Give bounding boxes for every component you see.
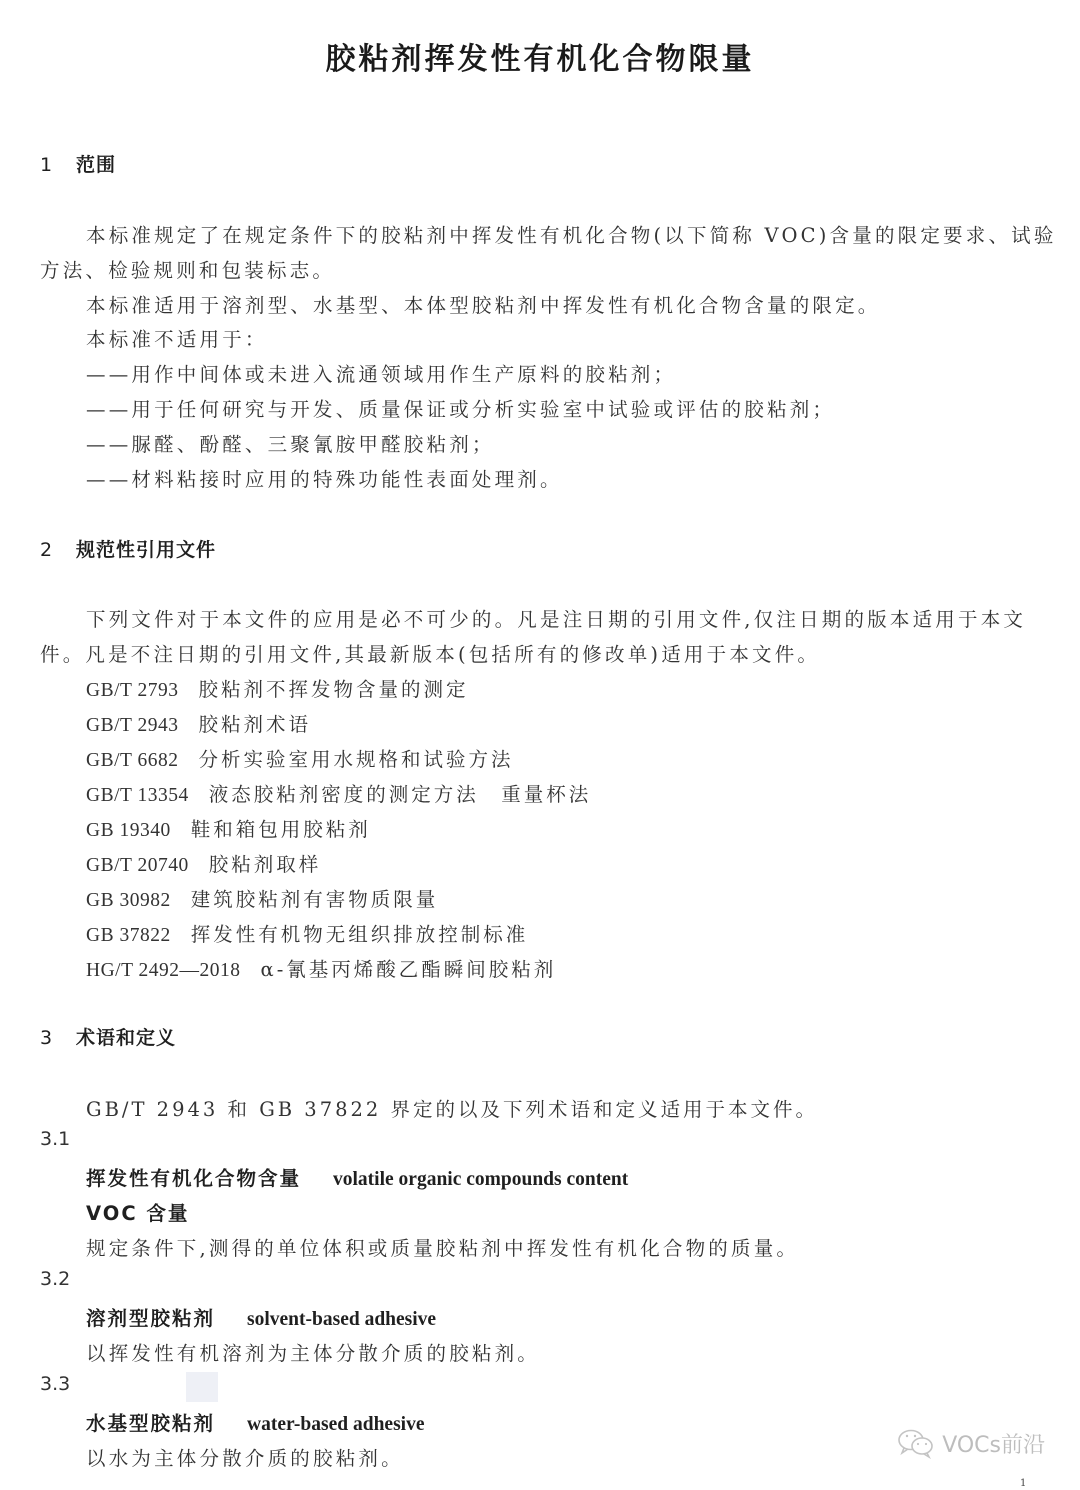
term-zh: 挥发性有机化合物含量 — [86, 1167, 301, 1190]
document-title: 胶粘剂挥发性有机化合物限量 — [0, 34, 1080, 78]
exclusion-item: ——用于任何研究与开发、质量保证或分析实验室中试验或评估的胶粘剂； — [86, 394, 835, 422]
term-heading: 水基型胶粘剂water-based adhesive — [86, 1408, 425, 1436]
term-zh: 溶剂型胶粘剂 — [86, 1307, 215, 1330]
paragraph: GB/T 2943 和 GB 37822 界定的以及下列术语和定义适用于本文件。 — [86, 1094, 818, 1122]
reference-code: GB/T 2943 — [86, 715, 178, 736]
reference-title: 鞋和箱包用胶粘剂 — [191, 818, 371, 841]
reference-title: 胶粘剂术语 — [198, 713, 311, 736]
page-number: 1 — [1020, 1478, 1026, 1489]
reference-title: α-氰基丙烯酸乙酯瞬间胶粘剂 — [261, 958, 557, 981]
term-definition: 以挥发性有机溶剂为主体分散介质的胶粘剂。 — [86, 1338, 540, 1366]
reference-code: GB 30982 — [86, 890, 171, 911]
reference-title: 胶粘剂不挥发物含量的测定 — [198, 678, 468, 701]
reference-title: 胶粘剂取样 — [209, 853, 322, 876]
term-alt: VOC 含量 — [86, 1198, 189, 1226]
term-en: volatile organic compounds content — [333, 1169, 628, 1190]
term-zh: 水基型胶粘剂 — [86, 1412, 215, 1435]
section-heading-2: 2规范性引用文件 — [40, 535, 216, 562]
term-en: water-based adhesive — [247, 1414, 424, 1435]
watermark: VOCs前沿 — [896, 1427, 1045, 1459]
section-title: 规范性引用文件 — [76, 539, 216, 561]
term-number: 3.2 — [40, 1268, 70, 1290]
section-number: 3 — [40, 1027, 76, 1049]
section-title: 术语和定义 — [76, 1027, 176, 1049]
paragraph: 方法、检验规则和包装标志。 — [40, 255, 335, 283]
section-title: 范围 — [76, 154, 116, 176]
reference-code: GB/T 6682 — [86, 750, 178, 771]
term-number: 3.1 — [40, 1128, 70, 1150]
exclusion-item: ——材料粘接时应用的特殊功能性表面处理剂。 — [86, 464, 563, 492]
watermark-text: VOCs前沿 — [942, 1428, 1045, 1459]
paragraph: 下列文件对于本文件的应用是必不可少的。凡是注日期的引用文件,仅注日期的版本适用于… — [86, 604, 1026, 632]
term-definition: 规定条件下,测得的单位体积或质量胶粘剂中挥发性有机化合物的质量。 — [86, 1233, 799, 1261]
term-en: solvent-based adhesive — [247, 1309, 436, 1330]
reference-code: HG/T 2492—2018 — [86, 960, 241, 981]
term-heading: 溶剂型胶粘剂solvent-based adhesive — [86, 1303, 436, 1331]
paragraph: 本标准不适用于： — [86, 324, 268, 352]
section-heading-3: 3术语和定义 — [40, 1023, 176, 1050]
reference-item: GB/T 20740胶粘剂取样 — [86, 849, 321, 877]
reference-title: 液态胶粘剂密度的测定方法 重量杯法 — [209, 783, 592, 806]
scan-artifact — [186, 1372, 218, 1402]
paragraph: 件。凡是不注日期的引用文件,其最新版本(包括所有的修改单)适用于本文件。 — [40, 639, 820, 667]
section-heading-1: 1范围 — [40, 150, 116, 177]
term-definition: 以水为主体分散介质的胶粘剂。 — [86, 1443, 404, 1471]
term-heading: 挥发性有机化合物含量volatile organic compounds con… — [86, 1163, 628, 1191]
paragraph: 本标准规定了在规定条件下的胶粘剂中挥发性有机化合物(以下简称 VOC)含量的限定… — [86, 220, 1057, 248]
reference-title: 建筑胶粘剂有害物质限量 — [191, 888, 439, 911]
exclusion-item: ——用作中间体或未进入流通领域用作生产原料的胶粘剂； — [86, 359, 676, 387]
section-number: 1 — [40, 154, 76, 176]
exclusion-item: ——脲醛、酚醛、三聚氰胺甲醛胶粘剂； — [86, 429, 495, 457]
reference-item: GB 19340鞋和箱包用胶粘剂 — [86, 814, 371, 842]
reference-item: HG/T 2492—2018α-氰基丙烯酸乙酯瞬间胶粘剂 — [86, 954, 556, 982]
reference-title: 分析实验室用水规格和试验方法 — [198, 748, 513, 771]
reference-item: GB/T 6682分析实验室用水规格和试验方法 — [86, 744, 513, 772]
reference-item: GB/T 2943胶粘剂术语 — [86, 709, 311, 737]
reference-code: GB/T 13354 — [86, 785, 189, 806]
term-number: 3.3 — [40, 1373, 70, 1395]
wechat-icon — [896, 1427, 936, 1459]
reference-item: GB/T 2793胶粘剂不挥发物含量的测定 — [86, 674, 468, 702]
reference-item: GB/T 13354液态胶粘剂密度的测定方法 重量杯法 — [86, 779, 591, 807]
section-number: 2 — [40, 539, 76, 561]
reference-item: GB 30982建筑胶粘剂有害物质限量 — [86, 884, 438, 912]
reference-code: GB 19340 — [86, 820, 171, 841]
reference-code: GB 37822 — [86, 925, 171, 946]
reference-title: 挥发性有机物无组织排放控制标准 — [191, 923, 529, 946]
reference-item: GB 37822挥发性有机物无组织排放控制标准 — [86, 919, 528, 947]
reference-code: GB/T 20740 — [86, 855, 189, 876]
reference-code: GB/T 2793 — [86, 680, 178, 701]
paragraph: 本标准适用于溶剂型、水基型、本体型胶粘剂中挥发性有机化合物含量的限定。 — [86, 290, 881, 318]
